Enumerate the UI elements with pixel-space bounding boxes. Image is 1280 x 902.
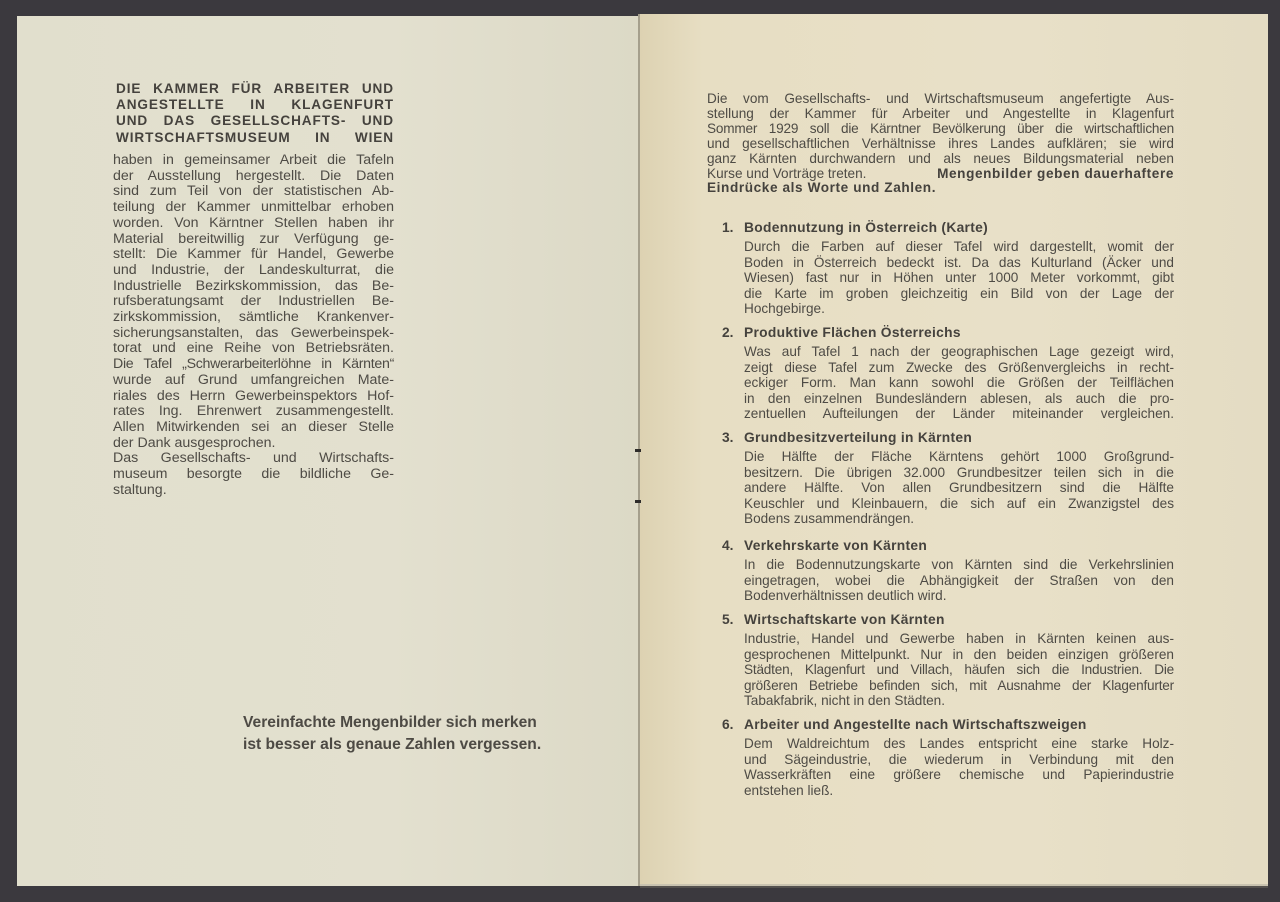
body-line: stellt: Die Kammer für Handel, Gewerbe <box>113 247 394 263</box>
item-title: Wirtschaftskarte von Kärnten <box>744 612 1174 628</box>
item-line: gesprochenen Mittelpunkt. Nur in den bei… <box>744 647 1174 663</box>
body-line: und Industrie, der Landeskulturrat, die <box>113 263 394 279</box>
item-line: andere Hälfte. Von allen Grundbesitzern … <box>744 480 1174 496</box>
item-line: Durch die Farben auf dieser Tafel wird d… <box>744 239 1174 255</box>
item-body: Was auf Tafel 1 nach der geographischen … <box>744 344 1174 422</box>
body-line: der Dank ausgesprochen. <box>113 436 394 452</box>
heading-line: DIE KAMMER FÜR ARBEITER UND <box>116 81 394 97</box>
heading-line: UND DAS GESELLSCHAFTS- UND <box>116 113 394 129</box>
heading-line: WIRTSCHAFTSMUSEUM IN WIEN <box>116 130 394 146</box>
item-line: Was auf Tafel 1 nach der geographischen … <box>744 344 1174 360</box>
item-line: zentuellen Aufteilungen der Länder mitei… <box>744 406 1174 422</box>
list-item-4: 4. Verkehrskarte von Kärnten In die Bode… <box>722 538 1174 604</box>
item-line: entstehen ließ. <box>744 783 1174 799</box>
item-body: Die Hälfte der Fläche Kärntens gehört 10… <box>744 449 1174 527</box>
body-line: Industrielle Bezirkskommission, das Be- <box>113 279 394 295</box>
item-number: 5. <box>722 612 734 627</box>
item-body: Industrie, Handel und Gewerbe haben in K… <box>744 631 1174 709</box>
motto-line: Vereinfachte Mengenbilder sich merken <box>243 712 583 734</box>
list-item-1: 1. Bodennutzung in Österreich (Karte) Du… <box>722 220 1174 317</box>
item-line: Städten, Klagenfurt und Villach, häufen … <box>744 662 1174 678</box>
body-line: haben in gemeinsamer Arbeit die Tafeln <box>113 153 394 169</box>
body-line: rufsberatungsamt der Industriellen Be- <box>113 294 394 310</box>
item-body: Dem Waldreichtum des Landes entspricht e… <box>744 736 1174 798</box>
item-line: Industrie, Handel und Gewerbe haben in K… <box>744 631 1174 647</box>
body-line: staltung. <box>113 483 394 499</box>
item-title: Arbeiter und Angestellte nach Wirtschaft… <box>744 717 1174 733</box>
body-line: museum besorgte die bildliche Ge- <box>113 467 394 483</box>
body-line: der Ausstellung hergestellt. Die Daten <box>113 169 394 185</box>
intro-line: Die vom Gesellschafts- und Wirtschaftsmu… <box>707 92 1174 107</box>
item-title: Grundbesitzverteilung in Kärnten <box>744 430 1174 446</box>
item-body: Durch die Farben auf dieser Tafel wird d… <box>744 239 1174 317</box>
heading-line: ANGESTELLTE IN KLAGENFURT <box>116 97 394 113</box>
item-body: In die Bodennutzungskarte von Kärnten si… <box>744 557 1174 604</box>
left-heading: DIE KAMMER FÜR ARBEITER UND ANGESTELLTE … <box>116 81 394 146</box>
item-line: Bodens zusammendrängen. <box>744 511 1174 527</box>
item-title: Verkehrskarte von Kärnten <box>744 538 1174 554</box>
list-item-3: 3. Grundbesitzverteilung in Kärnten Die … <box>722 430 1174 527</box>
item-title: Produktive Flächen Österreichs <box>744 325 1174 341</box>
intro-line: stellung der Kammer für Arbeiter und Ang… <box>707 107 1174 122</box>
item-line: Hochgebirge. <box>744 301 1174 317</box>
intro-line: Kurse und Vorträge treten. Mengenbilder … <box>707 167 1174 182</box>
item-line: besitzern. Die übrigen 32.000 Grundbesit… <box>744 465 1174 481</box>
body-line: Allen Mitwirkenden sei an dieser Stelle <box>113 420 394 436</box>
body-line: sind zum Teil von der statistischen Ab- <box>113 184 394 200</box>
item-number: 4. <box>722 538 734 553</box>
list-item-5: 5. Wirtschaftskarte von Kärnten Industri… <box>722 612 1174 709</box>
item-line: Die Hälfte der Fläche Kärntens gehört 10… <box>744 449 1174 465</box>
item-line: eingetragen, wobei die Abhängigkeit der … <box>744 573 1174 589</box>
intro-line: und gesellschaftlichen Verhältnisse ihre… <box>707 137 1174 152</box>
body-line: riales des Herrn Gewerbeinspektors Hof- <box>113 389 394 405</box>
item-number: 1. <box>722 220 734 235</box>
body-line: worden. Von Kärntner Stellen haben ihr <box>113 216 394 232</box>
intro-line6-bold: Mengenbilder geben dauerhaftere <box>937 167 1174 182</box>
intro-paragraph: Die vom Gesellschafts- und Wirtschaftsmu… <box>707 92 1174 196</box>
intro-line6-normal: Kurse und Vorträge treten. <box>707 167 866 182</box>
body-line: torat und eine Reihe von Betriebsräten. <box>113 341 394 357</box>
item-line: Tabakfabrik, nicht in den Städten. <box>744 693 1174 709</box>
item-line: die Karte im groben gleichzeitig ein Bil… <box>744 286 1174 302</box>
item-number: 3. <box>722 430 734 445</box>
body-line: teilung der Kammer unmittelbar erhoben <box>113 200 394 216</box>
intro-line7-bold: Eindrücke als Worte und Zahlen. <box>707 181 1174 196</box>
body-line: zirkskommission, sämtliche Krankenver- <box>113 310 394 326</box>
item-line: Dem Waldreichtum des Landes entspricht e… <box>744 736 1174 752</box>
item-number: 2. <box>722 325 734 340</box>
item-line: Wasserkräften eine größere chemische und… <box>744 767 1174 783</box>
body-line: Material bereitwillig zur Verfügung ge- <box>113 232 394 248</box>
body-line: rates Ing. Ehrenwert zusammengestellt. <box>113 404 394 420</box>
list-item-6: 6. Arbeiter und Angestellte nach Wirtsch… <box>722 717 1174 798</box>
intro-line: ganz Kärnten durchwandern und als neues … <box>707 152 1174 167</box>
item-line: In die Bodennutzungskarte von Kärnten si… <box>744 557 1174 573</box>
motto: Vereinfachte Mengenbilder sich merken is… <box>243 712 583 756</box>
item-title: Bodennutzung in Österreich (Karte) <box>744 220 1174 236</box>
left-body-text: haben in gemeinsamer Arbeit die Tafeln d… <box>113 153 394 498</box>
intro-line: Sommer 1929 soll die Kärntner Bevölkerun… <box>707 122 1174 137</box>
motto-line: ist besser als genaue Zahlen vergessen. <box>243 734 583 756</box>
item-line: eckiger Form. Man kann sowohl die Größen… <box>744 375 1174 391</box>
body-line: Die Tafel „Schwerarbeiterlöhne in Kärnte… <box>113 357 394 373</box>
item-line: zeigt diese Tafel zum Zwecke des Größenv… <box>744 360 1174 376</box>
body-line: sicherungsanstalten, das Gewerbeinspek- <box>113 326 394 342</box>
body-line: wurde auf Grund umfangreichen Mate- <box>113 373 394 389</box>
body-line: Das Gesellschafts- und Wirtschafts- <box>113 451 394 467</box>
item-line: Keuschler und Kleinbauern, die sich auf … <box>744 496 1174 512</box>
item-line: in den einzelnen Bundesländern ablesen, … <box>744 391 1174 407</box>
item-line: Wiesen) fast nur in Höhen unter 1000 Met… <box>744 270 1174 286</box>
item-line: und Sägeindustrie, die wiederum in Verbi… <box>744 752 1174 768</box>
staple-bottom <box>635 500 641 503</box>
list-item-2: 2. Produktive Flächen Österreichs Was au… <box>722 325 1174 422</box>
item-line: Boden in Österreich bedeckt ist. Da das … <box>744 255 1174 271</box>
item-line: Bodenverhältnissen deutlich wird. <box>744 588 1174 604</box>
item-number: 6. <box>722 717 734 732</box>
item-line: größeren Betriebe befinden sich, mit Aus… <box>744 678 1174 694</box>
staple-top <box>635 449 641 452</box>
